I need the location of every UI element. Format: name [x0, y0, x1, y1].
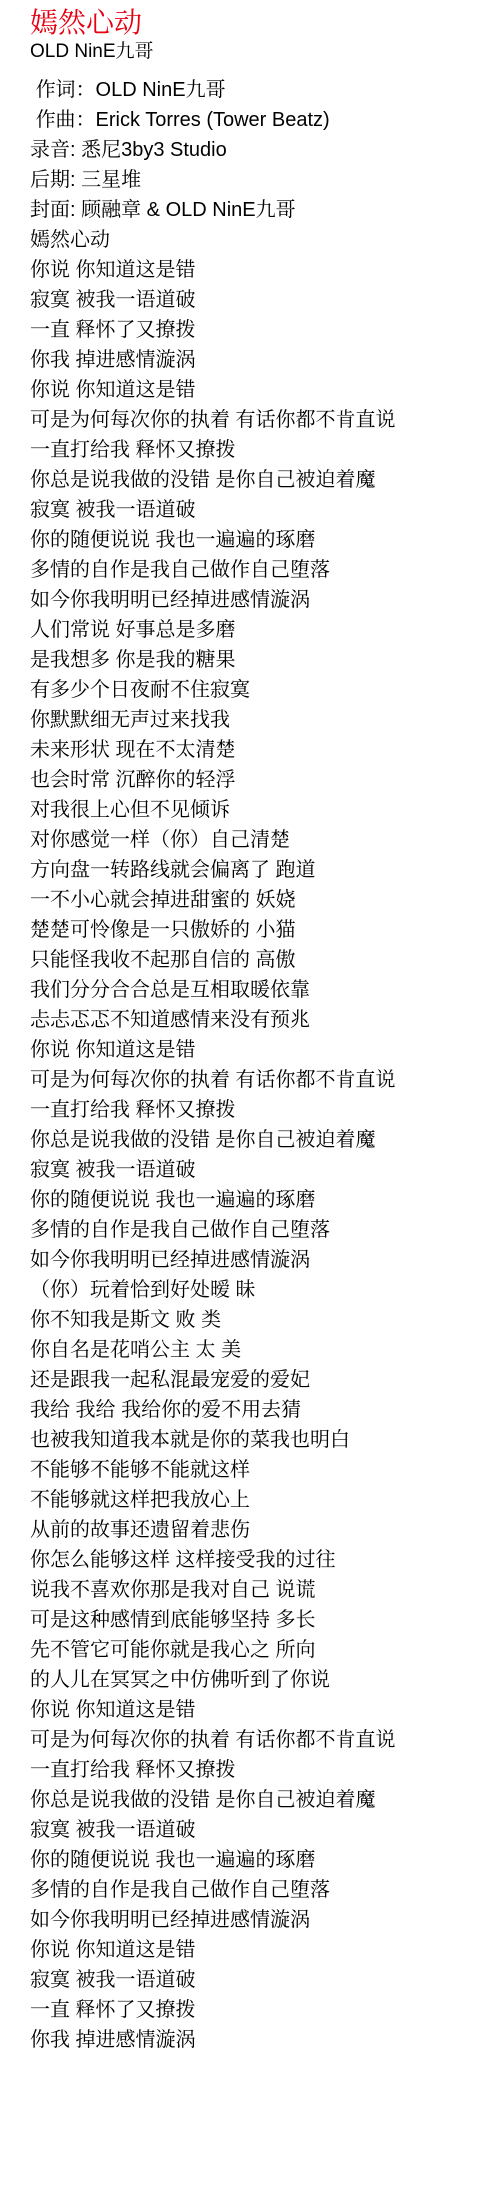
lyric-line: （你）玩着恰到好处暧 昧 [30, 1275, 480, 1305]
credit-line: 作词：OLD NinE九哥 [30, 75, 480, 105]
lyric-line: 你说 你知道这是错 [30, 1935, 480, 1965]
lyric-line: 有多少个日夜耐不住寂寞 [30, 675, 480, 705]
lyric-line: 对我很上心但不见倾诉 [30, 795, 480, 825]
lyric-line: 你的随便说说 我也一遍遍的琢磨 [30, 525, 480, 555]
lyric-line: 对你感觉一样（你）自己清楚 [30, 825, 480, 855]
lyric-line: 你我 掉进感情漩涡 [30, 2025, 480, 2055]
lyric-line: 一不小心就会掉进甜蜜的 妖娆 [30, 885, 480, 915]
lyric-line: 寂寞 被我一语道破 [30, 1155, 480, 1185]
lyric-line: 人们常说 好事总是多磨 [30, 615, 480, 645]
lyric-line: 从前的故事还遗留着悲伤 [30, 1515, 480, 1545]
lyric-line: 也会时常 沉醉你的轻浮 [30, 765, 480, 795]
lyric-line: 不能够就这样把我放心上 [30, 1485, 480, 1515]
lyric-line: 忐忐忑忑不知道感情来没有预兆 [30, 1005, 480, 1035]
lyric-line: 寂寞 被我一语道破 [30, 495, 480, 525]
credit-line: 录音: 悉尼3by3 Studio [30, 135, 480, 165]
lyric-line: 方向盘一转路线就会偏离了 跑道 [30, 855, 480, 885]
lyric-line: 你说 你知道这是错 [30, 1035, 480, 1065]
lyric-line: 楚楚可怜像是一只傲娇的 小猫 [30, 915, 480, 945]
lyric-line: 你的随便说说 我也一遍遍的琢磨 [30, 1845, 480, 1875]
lyric-line: 嫣然心动 [30, 225, 480, 255]
lyric-line: 如今你我明明已经掉进感情漩涡 [30, 585, 480, 615]
lyric-line: 你的随便说说 我也一遍遍的琢磨 [30, 1185, 480, 1215]
lyric-line: 你总是说我做的没错 是你自己被迫着魔 [30, 465, 480, 495]
lyric-line: 寂寞 被我一语道破 [30, 1965, 480, 1995]
credit-line: 后期: 三星堆 [30, 165, 480, 195]
lyric-line: 你总是说我做的没错 是你自己被迫着魔 [30, 1785, 480, 1815]
lyric-line: 是我想多 你是我的糖果 [30, 645, 480, 675]
lyric-line: 可是为何每次你的执着 有话你都不肯直说 [30, 1725, 480, 1755]
lyric-line: 多情的自作是我自己做作自己堕落 [30, 1875, 480, 1905]
lyric-line: 你我 掉进感情漩涡 [30, 345, 480, 375]
lyric-line: 不能够不能够不能就这样 [30, 1455, 480, 1485]
lyric-line: 多情的自作是我自己做作自己堕落 [30, 555, 480, 585]
lyric-line: 你总是说我做的没错 是你自己被迫着魔 [30, 1125, 480, 1155]
credit-line: 作曲：Erick Torres (Tower Beatz) [30, 105, 480, 135]
lyric-line: 一直打给我 释怀又撩拨 [30, 1095, 480, 1125]
lyric-line: 你说 你知道这是错 [30, 255, 480, 285]
lyric-line: 你默默细无声过来找我 [30, 705, 480, 735]
lyric-line: 你说 你知道这是错 [30, 375, 480, 405]
lyrics-block: 嫣然心动你说 你知道这是错寂寞 被我一语道破一直 释怀了又撩拨你我 掉进感情漩涡… [30, 225, 480, 2055]
lyric-line: 寂寞 被我一语道破 [30, 285, 480, 315]
lyric-line: 一直 释怀了又撩拨 [30, 1995, 480, 2025]
lyric-line: 也被我知道我本就是你的菜我也明白 [30, 1425, 480, 1455]
song-title: 嫣然心动 [30, 6, 480, 40]
lyric-line: 一直打给我 释怀又撩拨 [30, 435, 480, 465]
lyric-line: 还是跟我一起私混最宠爱的爱妃 [30, 1365, 480, 1395]
credit-line: 封面: 顾融章 & OLD NinE九哥 [30, 195, 480, 225]
lyric-line: 如今你我明明已经掉进感情漩涡 [30, 1245, 480, 1275]
artist-name: OLD NinE九哥 [30, 40, 480, 63]
lyric-line: 你不知我是斯文 败 类 [30, 1305, 480, 1335]
lyric-line: 可是为何每次你的执着 有话你都不肯直说 [30, 405, 480, 435]
lyrics-page: 嫣然心动 OLD NinE九哥 作词：OLD NinE九哥 作曲：Erick T… [0, 0, 500, 2095]
credits-block: 作词：OLD NinE九哥 作曲：Erick Torres (Tower Bea… [30, 75, 480, 225]
lyric-line: 我给 我给 我给你的爱不用去猜 [30, 1395, 480, 1425]
lyric-line: 你怎么能够这样 这样接受我的过往 [30, 1545, 480, 1575]
lyric-line: 一直打给我 释怀又撩拨 [30, 1755, 480, 1785]
lyric-line: 的人儿在冥冥之中仿佛听到了你说 [30, 1665, 480, 1695]
lyric-line: 可是这种感情到底能够坚持 多长 [30, 1605, 480, 1635]
lyric-line: 多情的自作是我自己做作自己堕落 [30, 1215, 480, 1245]
lyric-line: 未来形状 现在不太清楚 [30, 735, 480, 765]
lyric-line: 先不管它可能你就是我心之 所向 [30, 1635, 480, 1665]
lyric-line: 你自名是花哨公主 太 美 [30, 1335, 480, 1365]
lyric-line: 说我不喜欢你那是我对自己 说谎 [30, 1575, 480, 1605]
lyric-line: 只能怪我收不起那自信的 高傲 [30, 945, 480, 975]
lyric-line: 我们分分合合总是互相取暖依靠 [30, 975, 480, 1005]
lyric-line: 你说 你知道这是错 [30, 1695, 480, 1725]
lyric-line: 寂寞 被我一语道破 [30, 1815, 480, 1845]
lyric-line: 一直 释怀了又撩拨 [30, 315, 480, 345]
lyric-line: 可是为何每次你的执着 有话你都不肯直说 [30, 1065, 480, 1095]
lyric-line: 如今你我明明已经掉进感情漩涡 [30, 1905, 480, 1935]
